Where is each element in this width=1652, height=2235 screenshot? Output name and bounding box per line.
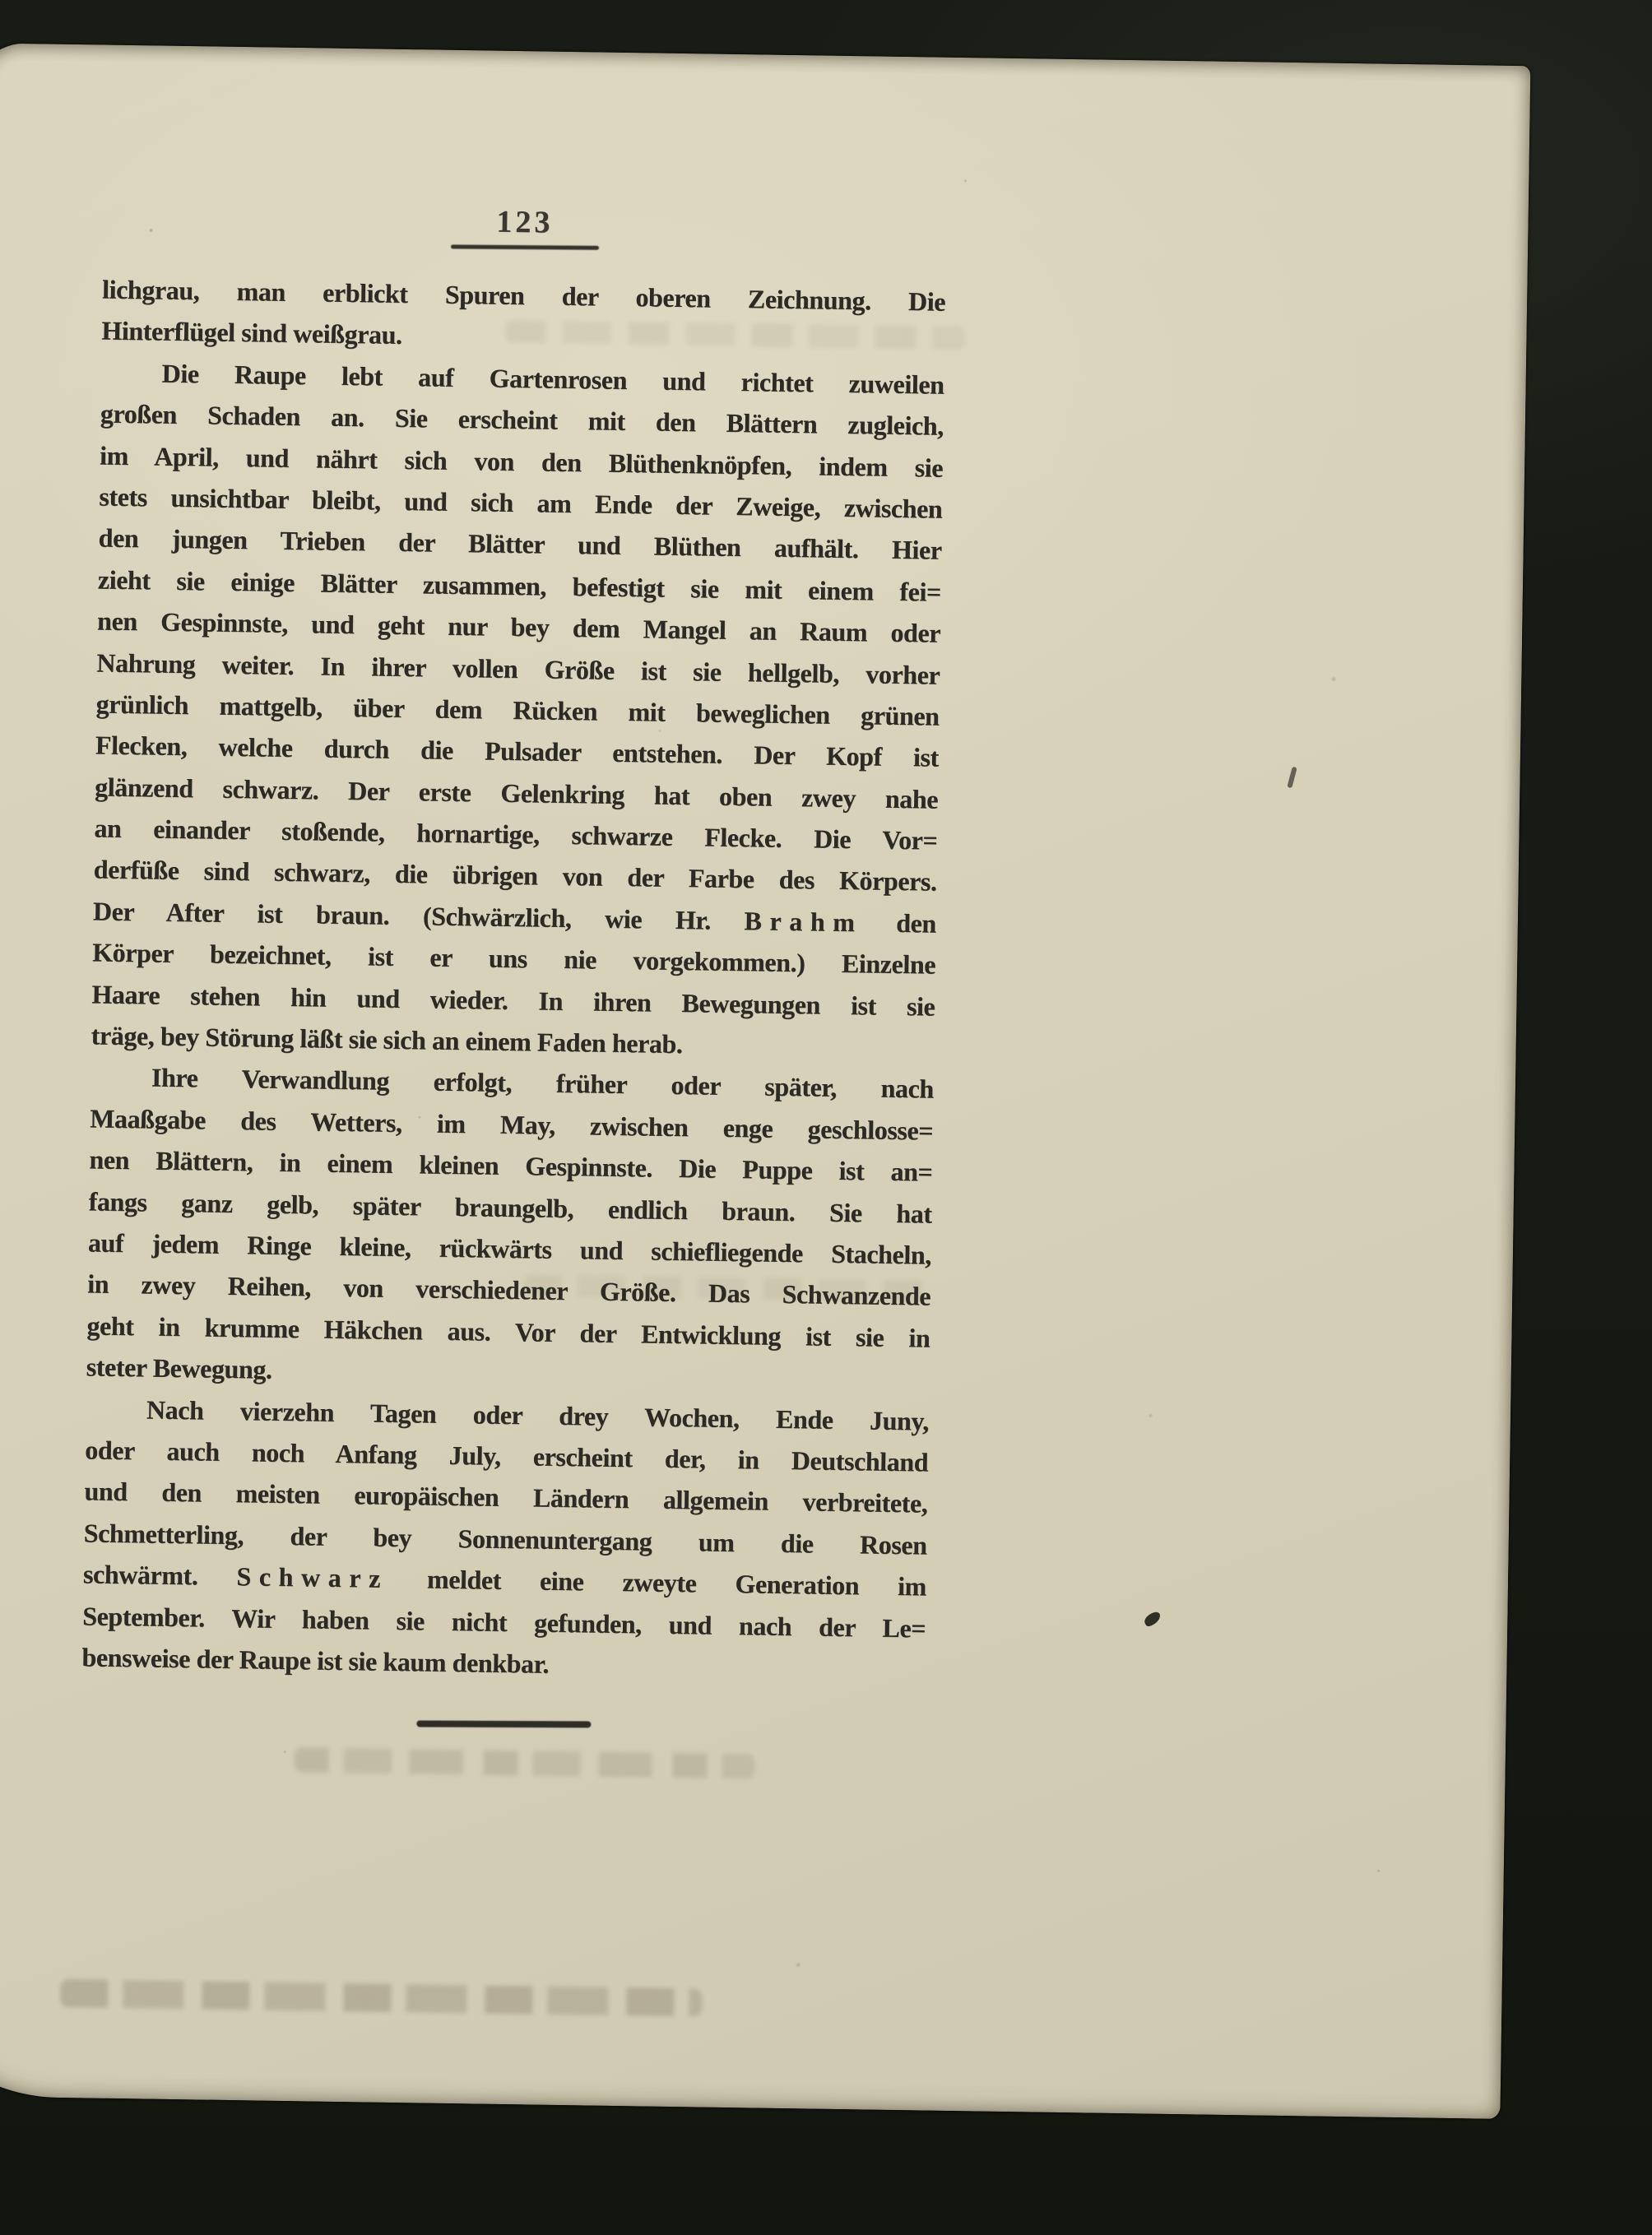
section-divider-rule	[416, 1720, 591, 1727]
ink-speck	[1143, 1611, 1163, 1628]
show-through-smudge	[60, 1979, 702, 2017]
page-number-rule	[450, 244, 598, 249]
show-through-smudge	[294, 1747, 754, 1778]
page-header: 123	[103, 198, 947, 256]
emphasized-name: Brahm	[744, 906, 863, 937]
page-number: 123	[103, 198, 947, 247]
text-segment: meldet eine zweyte Generation im	[388, 1564, 926, 1602]
ink-speck	[1287, 767, 1297, 789]
page-text: lichgrau, man erblickt Spuren der oberen…	[81, 269, 945, 1690]
emphasized-name: Schwarz	[236, 1561, 388, 1593]
book-page: 123 lichgrau, man erblickt Spuren der ob…	[0, 43, 1530, 2119]
text-segment: schwärmt.	[83, 1559, 237, 1591]
text-segment: den	[862, 907, 936, 938]
text-segment: Der After ist braun. (Schwärzlich, wie H…	[93, 896, 745, 935]
scan-background: 123 lichgrau, man erblickt Spuren der ob…	[0, 0, 1652, 2235]
